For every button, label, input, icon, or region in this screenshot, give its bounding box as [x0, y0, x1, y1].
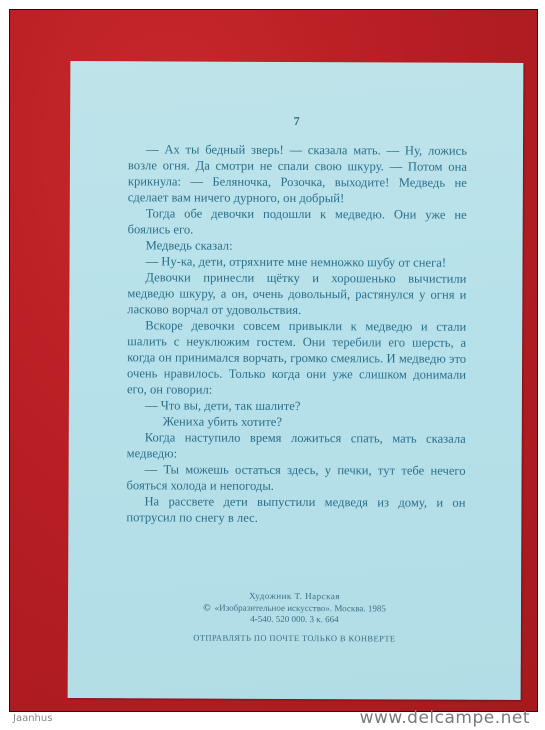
- paragraph: Когда наступило время ложиться спать, ма…: [127, 429, 466, 462]
- paragraph: Медведь сказал:: [128, 237, 467, 254]
- paragraph: На рассвете дети выпустили медведя из до…: [126, 493, 465, 526]
- copyright-icon: ©: [203, 602, 211, 613]
- verse-line: Жениха убить хотите?: [127, 413, 466, 430]
- paragraph: — Ты можешь остаться здесь, у печки, тут…: [127, 461, 466, 494]
- seller-name: Jaanhus: [13, 713, 52, 724]
- story-text: — Ах ты бедный зверь! — сказала мать. — …: [126, 141, 467, 526]
- verse-line: — Что вы, дети, так шалите?: [127, 397, 466, 414]
- mailing-notice: ОТПРАВЛЯТЬ ПО ПОЧТЕ ТОЛЬКО В КОНВЕРТЕ: [68, 632, 521, 645]
- credits-block: Художник Т. Нарская ©«Изобразительное ис…: [68, 590, 521, 645]
- paragraph: — Ну-ка, дети, отряхните мне немножко шу…: [127, 253, 466, 270]
- publisher: «Изобразительное искусство». Москва. 198…: [215, 602, 386, 613]
- paragraph: Тогда обе девочки подошли к медведю. Они…: [128, 205, 467, 238]
- paragraph: Девочки принесли щётку и хорошенько вычи…: [127, 269, 466, 318]
- page-number: 7: [70, 113, 523, 130]
- site-watermark: www.delcampe.net: [360, 708, 530, 728]
- print-info: 4-540. 520 000. 3 к. 664: [68, 613, 521, 626]
- postcard: 7 — Ах ты бедный зверь! — сказала мать. …: [68, 61, 524, 700]
- photo-background: 7 — Ах ты бедный зверь! — сказала мать. …: [9, 9, 538, 712]
- paragraph: — Ах ты бедный зверь! — сказала мать. — …: [128, 141, 467, 206]
- paragraph: Вскоре девочки совсем привыкли к медведю…: [127, 317, 466, 398]
